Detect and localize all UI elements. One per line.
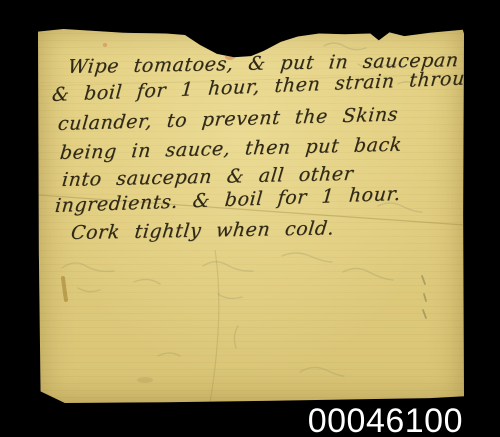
note-line: Cork tightly when cold. <box>70 217 336 244</box>
archive-photo: Wipe tomatoes, & put in saucepan & boil … <box>0 0 500 437</box>
note-text: Wipe tomatoes, & put in saucepan & boil … <box>38 26 464 403</box>
catalog-number: 00046100 <box>308 404 463 437</box>
note-line: culander, to prevent the Skins <box>57 103 399 135</box>
handwritten-note-paper: Wipe tomatoes, & put in saucepan & boil … <box>38 26 464 403</box>
note-line: being in sauce, then put back <box>59 134 403 164</box>
